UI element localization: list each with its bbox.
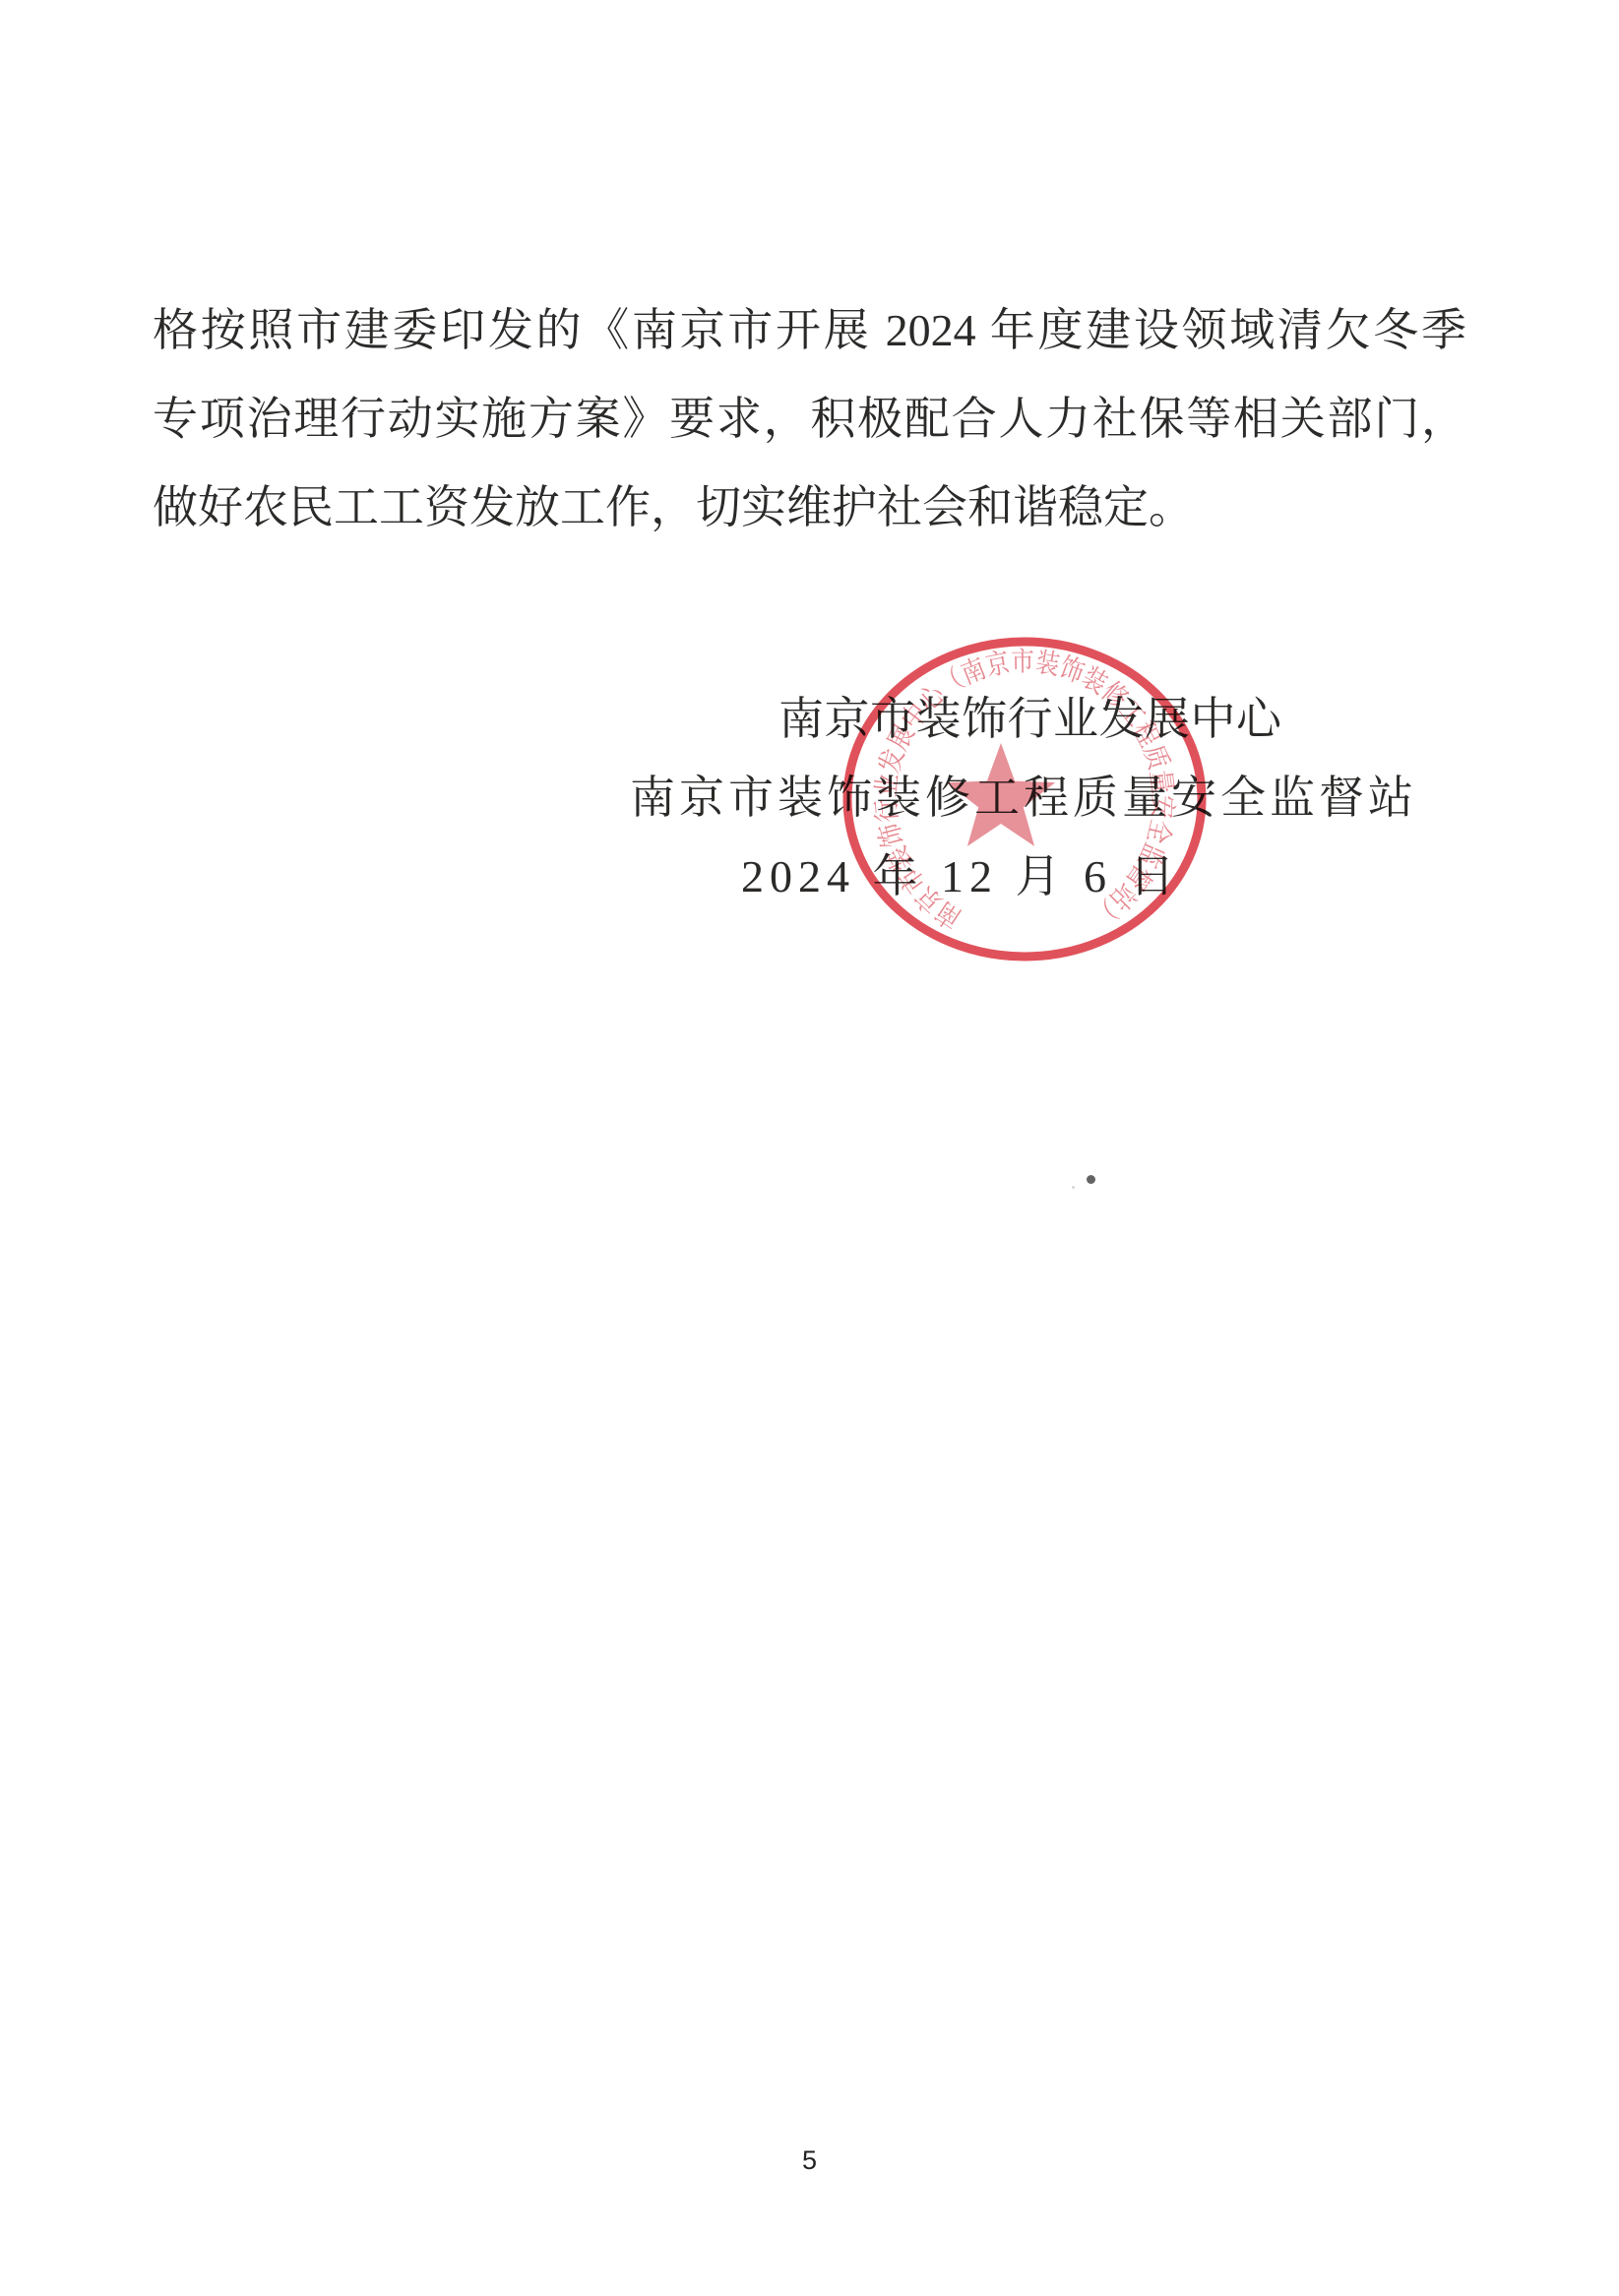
body-text-line: 格按照市建委印发的《南京市开展 2024 年度建设领域清欠冬季 [153,286,1466,375]
official-seal: 南京市装饰行业发展中心（南京市装饰装修工程质量安全监督站） [838,635,1212,969]
body-text-line: 做好农民工工资发放工作，切实维护社会和谐稳定。 [153,464,1466,552]
document-page: 格按照市建委印发的《南京市开展 2024 年度建设领域清欠冬季 专项治理行动实施… [0,0,1619,2296]
ink-speck [1087,1175,1095,1184]
body-paragraph: 格按照市建委印发的《南京市开展 2024 年度建设领域清欠冬季 专项治理行动实施… [153,286,1466,552]
body-text-line: 专项治理行动实施方案》要求，积极配合人力社保等相关部门， [153,375,1466,464]
page-number: 5 [0,2145,1619,2176]
star-icon [947,743,1055,846]
